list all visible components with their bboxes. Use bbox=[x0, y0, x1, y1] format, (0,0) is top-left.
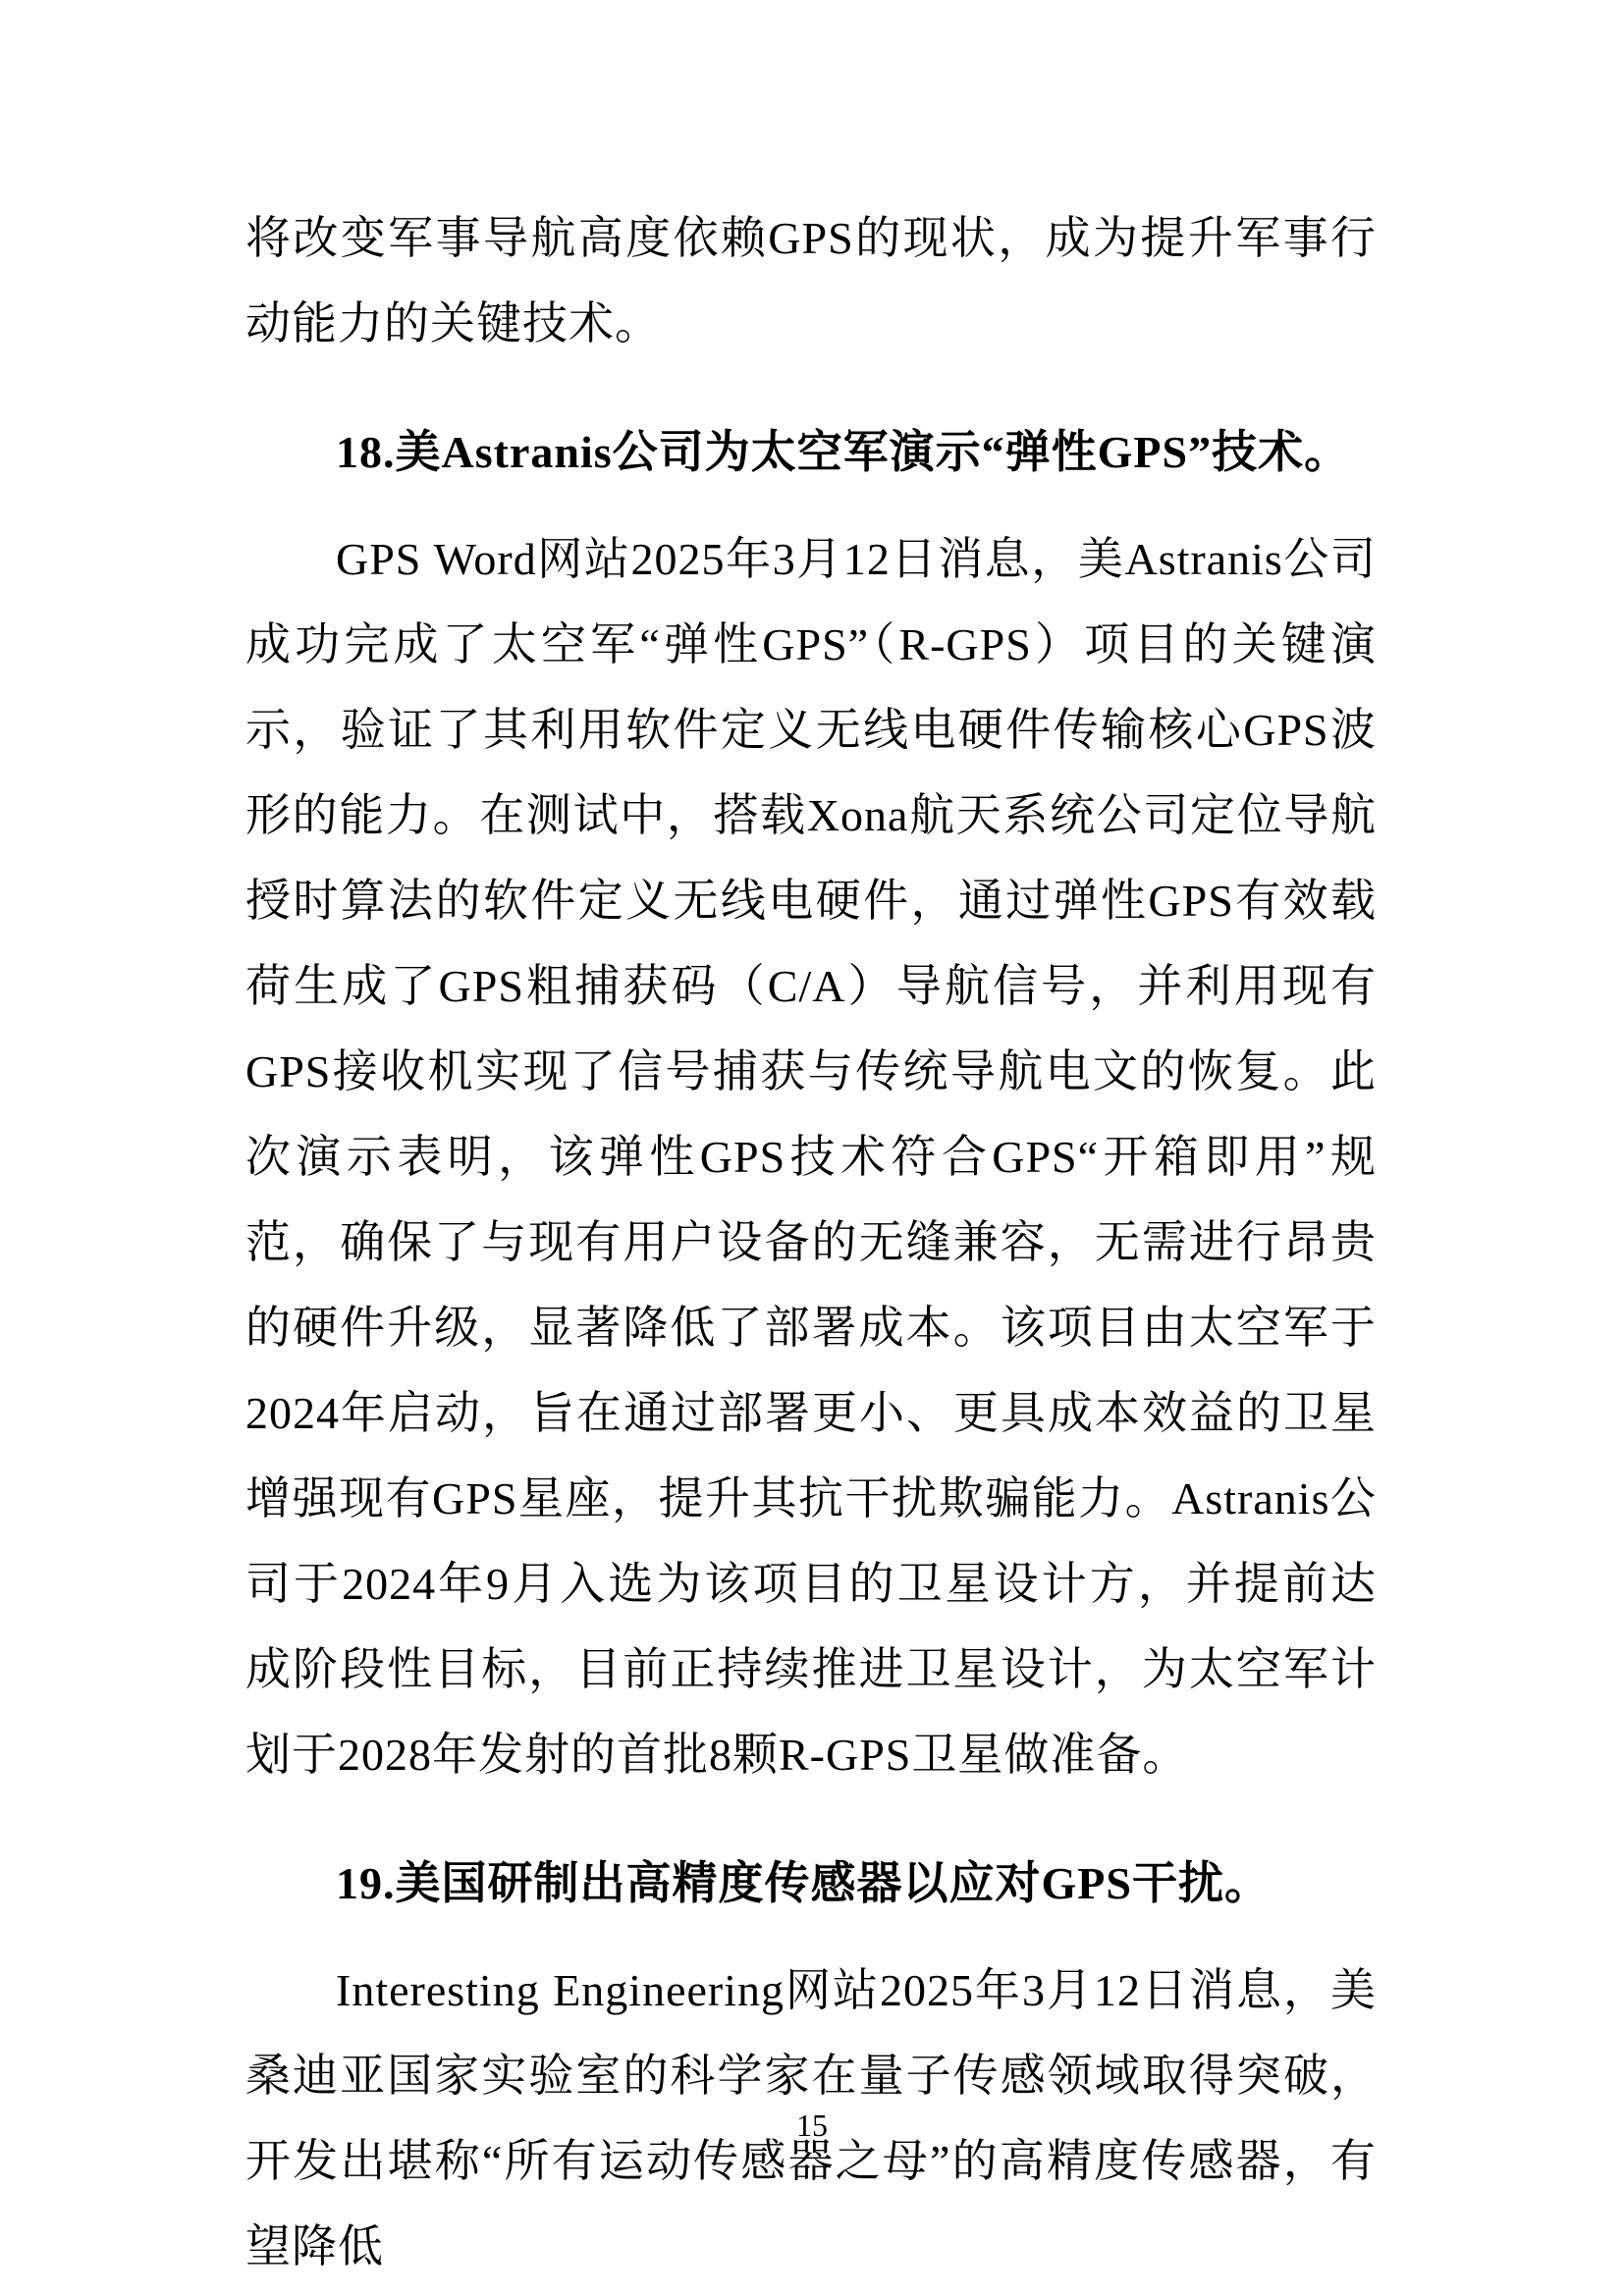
page-content: 将改变军事导航高度依赖GPS的现状，成为提升军事行动能力的关键技术。 18.美A… bbox=[245, 195, 1377, 2289]
paragraph-item-18: GPS Word网站2025年3月12日消息，美Astranis公司成功完成了太… bbox=[245, 516, 1377, 1797]
document-page: 将改变军事导航高度依赖GPS的现状，成为提升军事行动能力的关键技术。 18.美A… bbox=[0, 0, 1624, 2296]
heading-item-18: 18.美Astranis公司为太空军演示“弹性GPS”技术。 bbox=[245, 409, 1377, 495]
page-number: 15 bbox=[0, 2109, 1624, 2141]
heading-item-19: 19.美国研制出高精度传感器以应对GPS干扰。 bbox=[245, 1841, 1377, 1926]
paragraph-continuation: 将改变军事导航高度依赖GPS的现状，成为提升军事行动能力的关键技术。 bbox=[245, 195, 1377, 366]
